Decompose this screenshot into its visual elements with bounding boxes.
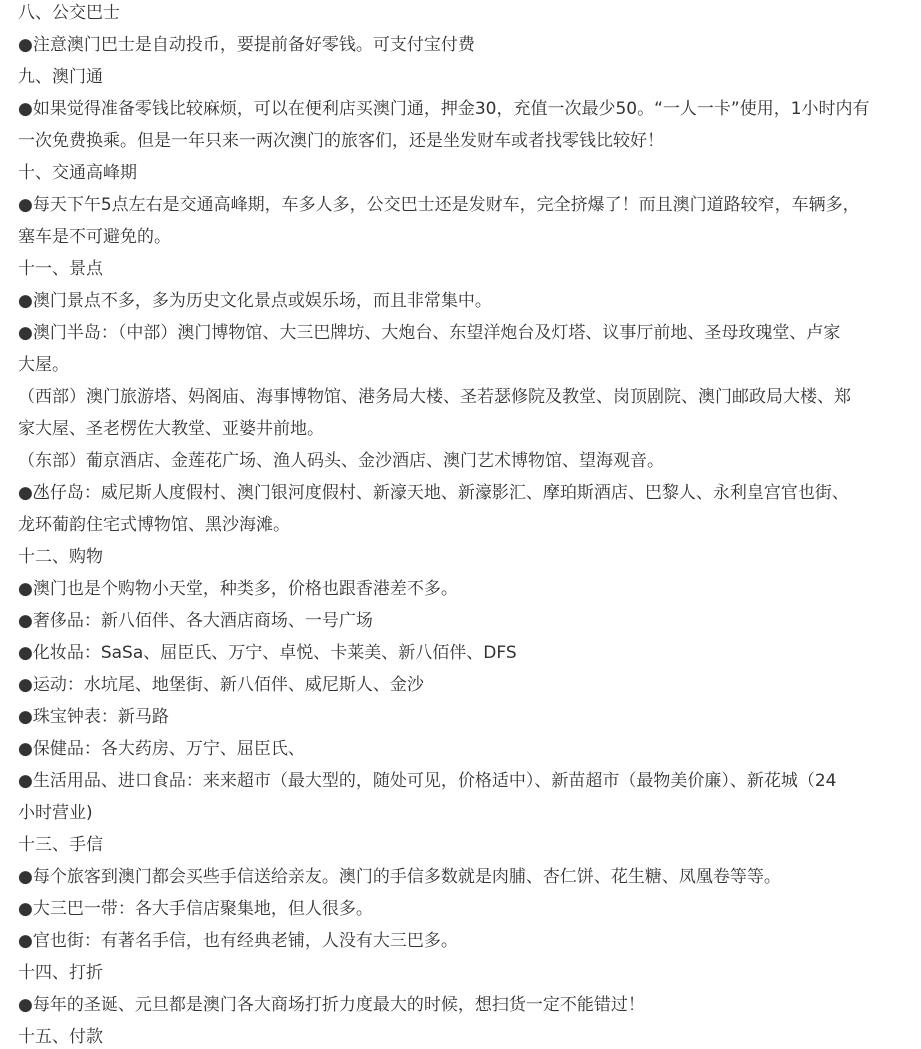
bullet-jewelry: ●珠宝钟表：新马路 (18, 701, 903, 733)
section-heading-macau-pass: 九、澳门通 (18, 61, 903, 93)
bullet-luxury: ●奢侈品：新八佰伴、各大酒店商场、一号广场 (18, 605, 903, 637)
bullet-souvenirs-overview: ●每个旅客到澳门都会买些手信送给亲友。澳门的手信多数就是肉脯、杏仁饼、花生糖、凤… (18, 861, 903, 893)
section-heading-bus: 八、公交巴士 (18, 0, 903, 29)
bullet-bus-coins: ●注意澳门巴士是自动投币，要提前备好零钱。可支付宝付费 (18, 29, 903, 61)
bullet-cunha-street: ●官也街：有著名手信，也有经典老铺，人没有大三巴多。 (18, 925, 903, 957)
bullet-groceries: ●生活用品、进口食品：来来超市（最大型的，随处可见，价格适中）、新苗超市（最物美… (18, 765, 903, 797)
bullet-peninsula-central: ●澳门半岛：（中部）澳门博物馆、大三巴牌坊、大炮台、东望洋炮台及灯塔、议事厅前地… (18, 317, 903, 349)
bullet-sports: ●运动：水坑尾、地堡街、新八佰伴、威尼斯人、金沙 (18, 669, 903, 701)
article-body: 八、公交巴士 ●注意澳门巴士是自动投币，要提前备好零钱。可支付宝付费 九、澳门通… (0, 0, 903, 1049)
paragraph-peninsula-east: （东部）葡京酒店、金莲花广场、渔人码头、金沙酒店、澳门艺术博物馆、望海观音。 (18, 445, 903, 477)
paragraph-peninsula-west-continued: 家大屋、圣老楞佐大教堂、亚婆井前地。 (18, 413, 903, 445)
bullet-cosmetics: ●化妆品：SaSa、屈臣氏、万宁、卓悦、卡莱美、新八佰伴、DFS (18, 637, 903, 669)
section-heading-discounts: 十四、打折 (18, 957, 903, 989)
bullet-taipa: ●氹仔岛：威尼斯人度假村、澳门银河度假村、新濠天地、新濠影汇、摩珀斯酒店、巴黎人… (18, 477, 903, 509)
bullet-macau-pass-continued: 一次免费换乘。但是一年只来一两次澳门的旅客们，还是坐发财车或者找零钱比较好！ (18, 125, 903, 157)
section-heading-rush-hour: 十、交通高峰期 (18, 157, 903, 189)
bullet-health: ●保健品：各大药房、万宁、屈臣氏、 (18, 733, 903, 765)
section-heading-souvenirs: 十三、手信 (18, 829, 903, 861)
bullet-attractions-overview: ●澳门景点不多，多为历史文化景点或娱乐场，而且非常集中。 (18, 285, 903, 317)
paragraph-peninsula-west: （西部）澳门旅游塔、妈阁庙、海事博物馆、港务局大楼、圣若瑟修院及教堂、岗顶剧院、… (18, 381, 903, 413)
bullet-discounts: ●每年的圣诞、元旦都是澳门各大商场打折力度最大的时候，想扫货一定不能错过！ (18, 989, 903, 1021)
bullet-rush-hour-continued: 塞车是不可避免的。 (18, 221, 903, 253)
bullet-rush-hour: ●每天下午5点左右是交通高峰期，车多人多，公交巴士还是发财车，完全挤爆了！而且澳… (18, 189, 903, 221)
section-heading-payment: 十五、付款 (18, 1021, 903, 1049)
bullet-groceries-continued: 小时营业) (18, 797, 903, 829)
section-heading-shopping: 十二、购物 (18, 541, 903, 573)
section-heading-attractions: 十一、景点 (18, 253, 903, 285)
bullet-taipa-continued: 龙环葡韵住宅式博物馆、黑沙海滩。 (18, 509, 903, 541)
bullet-ruins-area: ●大三巴一带：各大手信店聚集地，但人很多。 (18, 893, 903, 925)
bullet-peninsula-central-continued: 大屋。 (18, 349, 903, 381)
bullet-shopping-overview: ●澳门也是个购物小天堂，种类多，价格也跟香港差不多。 (18, 573, 903, 605)
bullet-macau-pass: ●如果觉得准备零钱比较麻烦，可以在便利店买澳门通，押金30，充值一次最少50。“… (18, 93, 903, 125)
